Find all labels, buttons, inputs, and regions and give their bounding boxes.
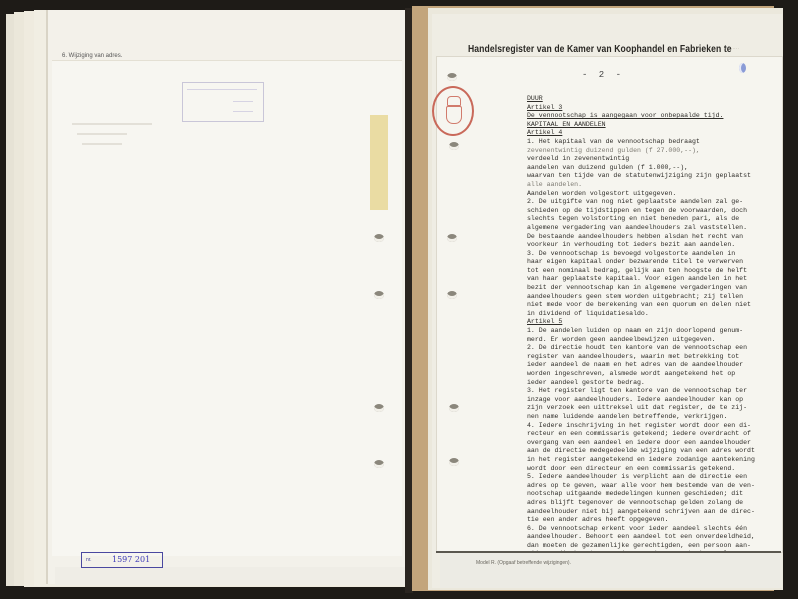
left-bottom-strip bbox=[55, 567, 407, 585]
typed-line: ieder aandeel de naam en het adres van d… bbox=[527, 361, 787, 370]
typed-line: nootschap uitgaande mededelingen kunnen … bbox=[527, 490, 787, 499]
typed-line: 2. De uitgifte van nog niet geplaatste a… bbox=[527, 198, 787, 207]
typed-line: aandeelhouder niet bij aangetekend schri… bbox=[527, 508, 787, 517]
typed-line: van haar geplaatste kapitaal. Voor eigen… bbox=[527, 275, 787, 284]
typed-line: 4. Iedere inschrijving in het register w… bbox=[527, 422, 787, 431]
typed-line: inzage voor aandeelhouders. Iedere aande… bbox=[527, 396, 787, 405]
registration-label: nr. bbox=[86, 557, 92, 563]
punch-hole-icon bbox=[374, 291, 384, 299]
typed-line: 1. De aandelen luiden op naam en zijn do… bbox=[527, 327, 787, 336]
typed-line: recteur en een commissaris getekend; ied… bbox=[527, 430, 787, 439]
typed-line: tie een ander adres heeft opgegeven. bbox=[527, 516, 787, 525]
registration-number: 1597 201 bbox=[112, 555, 150, 564]
typed-line: overgang van een aandeel en iedere door … bbox=[527, 439, 787, 448]
typed-line: aan de directie medegedeelde wijziging v… bbox=[527, 447, 787, 456]
typed-line: 3. Het register ligt ten kantore van de … bbox=[527, 387, 787, 396]
left-inner-sheet bbox=[52, 60, 402, 556]
registration-number-stamp: nr. 1597 201 bbox=[81, 552, 163, 568]
typed-line: ieder aandeel gestorte bedrag. bbox=[527, 379, 787, 388]
typed-line: adres blijft tegenover de vennootschap g… bbox=[527, 499, 787, 508]
form-footer bbox=[440, 553, 780, 588]
typed-line: aandeelhouders geen stem worden uitgebra… bbox=[527, 293, 787, 302]
faded-text-line bbox=[82, 143, 122, 145]
typed-line: zijn verzoek een uittreksel uit dat regi… bbox=[527, 404, 787, 413]
typed-line: register van aandeelhouders, waarin met … bbox=[527, 353, 787, 362]
typed-line: aandelen van duizend gulden (f 1.000,--)… bbox=[527, 164, 787, 173]
punch-hole-icon bbox=[449, 458, 459, 466]
faded-text-line bbox=[77, 133, 127, 135]
shield-icon bbox=[446, 106, 462, 124]
typed-line: haar eigen kapitaal onder bezwarende tit… bbox=[527, 258, 787, 267]
typed-line: waarvan ten tijde van de statutenwijzigi… bbox=[527, 172, 787, 181]
typed-line: verdeeld in zevenentwintig bbox=[527, 155, 787, 164]
punch-hole-icon bbox=[374, 404, 384, 412]
typed-line: in dividend of liquidatiesaldo. bbox=[527, 310, 787, 319]
crown-icon bbox=[447, 96, 461, 106]
typed-line: worden ingeschreven, alsmede wordt aange… bbox=[527, 370, 787, 379]
punch-hole-icon bbox=[374, 460, 384, 468]
blue-ink-mark-icon bbox=[739, 63, 746, 73]
typed-line: adres op te geven, waar alle voor hem be… bbox=[527, 482, 787, 491]
typed-line: 6. De vennootschap erkent voor ieder aan… bbox=[527, 525, 787, 534]
page-number: - 2 - bbox=[582, 70, 624, 80]
footer-rule bbox=[436, 551, 781, 553]
typed-line: niet mede voor de berekening van een quo… bbox=[527, 301, 787, 310]
punch-hole-icon bbox=[449, 404, 459, 412]
typed-line: algemene vergadering van aandeelhouders … bbox=[527, 224, 787, 233]
punch-hole-icon bbox=[447, 234, 457, 242]
form-header: Handelsregister van de Kamer van Koophan… bbox=[468, 44, 732, 55]
punch-hole-icon bbox=[374, 234, 384, 242]
typed-line: Aandelen worden volgestort uitgegeven. bbox=[527, 190, 787, 199]
typed-line: in het register aangetekend en iedere zo… bbox=[527, 456, 787, 465]
section-heading: 6. Wijziging van adres. bbox=[62, 53, 122, 59]
typed-line: aandeelhouder. Behoort een aandeel tot e… bbox=[527, 533, 787, 542]
typed-line: Artikel 4 bbox=[527, 129, 787, 138]
typed-line: nen name luidende aandelen betreffende, … bbox=[527, 413, 787, 422]
typed-line: tot een nominaal bedrag, gelijk aan ten … bbox=[527, 267, 787, 276]
punch-hole-icon bbox=[447, 73, 457, 81]
typed-line: zevenentwintig duizend gulden (f 27.000,… bbox=[527, 147, 787, 156]
faded-header-fill: ········· bbox=[724, 46, 739, 52]
typed-line: alle aandelen. bbox=[527, 181, 787, 190]
typed-line: 2. De directie houdt ten kantore van de … bbox=[527, 344, 787, 353]
faded-rectangular-stamp bbox=[182, 82, 264, 122]
typed-line: DUUR bbox=[527, 95, 787, 104]
typed-line: 1. Het kapitaal van de vennootschap bedr… bbox=[527, 138, 787, 147]
typed-line: De vennootschap is aangegaan voor onbepa… bbox=[527, 112, 787, 121]
typed-line: 5. Iedere aandeelhouder is verplicht aan… bbox=[527, 473, 787, 482]
typed-line: voorkeur in verhouding tot ieders bezit … bbox=[527, 241, 787, 250]
punch-hole-icon bbox=[449, 142, 459, 150]
form-model-label: Model R. (Opgaaf betreffende wijzigingen… bbox=[476, 560, 571, 566]
typed-statute-text: DUURArtikel 3De vennootschap is aangegaa… bbox=[527, 95, 787, 585]
punch-hole-icon bbox=[447, 291, 457, 299]
typed-line: slechts tegen volstorting en niet benede… bbox=[527, 215, 787, 224]
red-seal-icon bbox=[432, 86, 474, 136]
typed-line: Artikel 5 bbox=[527, 318, 787, 327]
typed-line: schieden op de tijdstippen en tegen de v… bbox=[527, 207, 787, 216]
typed-line: KAPITAAL EN AANDELEN bbox=[527, 121, 787, 130]
typed-line: merd. Er worden geen aandeelbewijzen uit… bbox=[527, 336, 787, 345]
typed-line: De bestaande aandeelhouders hebben alsda… bbox=[527, 233, 787, 242]
faded-text-line bbox=[72, 123, 152, 125]
yellow-adhesive-tape bbox=[370, 115, 388, 210]
typed-line: wordt door een directeur en een commissa… bbox=[527, 465, 787, 474]
typed-line: Artikel 3 bbox=[527, 104, 787, 113]
typed-line: dan moeten de gezamenlijke gerechtigden,… bbox=[527, 542, 787, 551]
typed-line: bezit der vennootschap kan in algemene v… bbox=[527, 284, 787, 293]
typed-line: 3. De vennootschap is bevoegd volgestort… bbox=[527, 250, 787, 259]
